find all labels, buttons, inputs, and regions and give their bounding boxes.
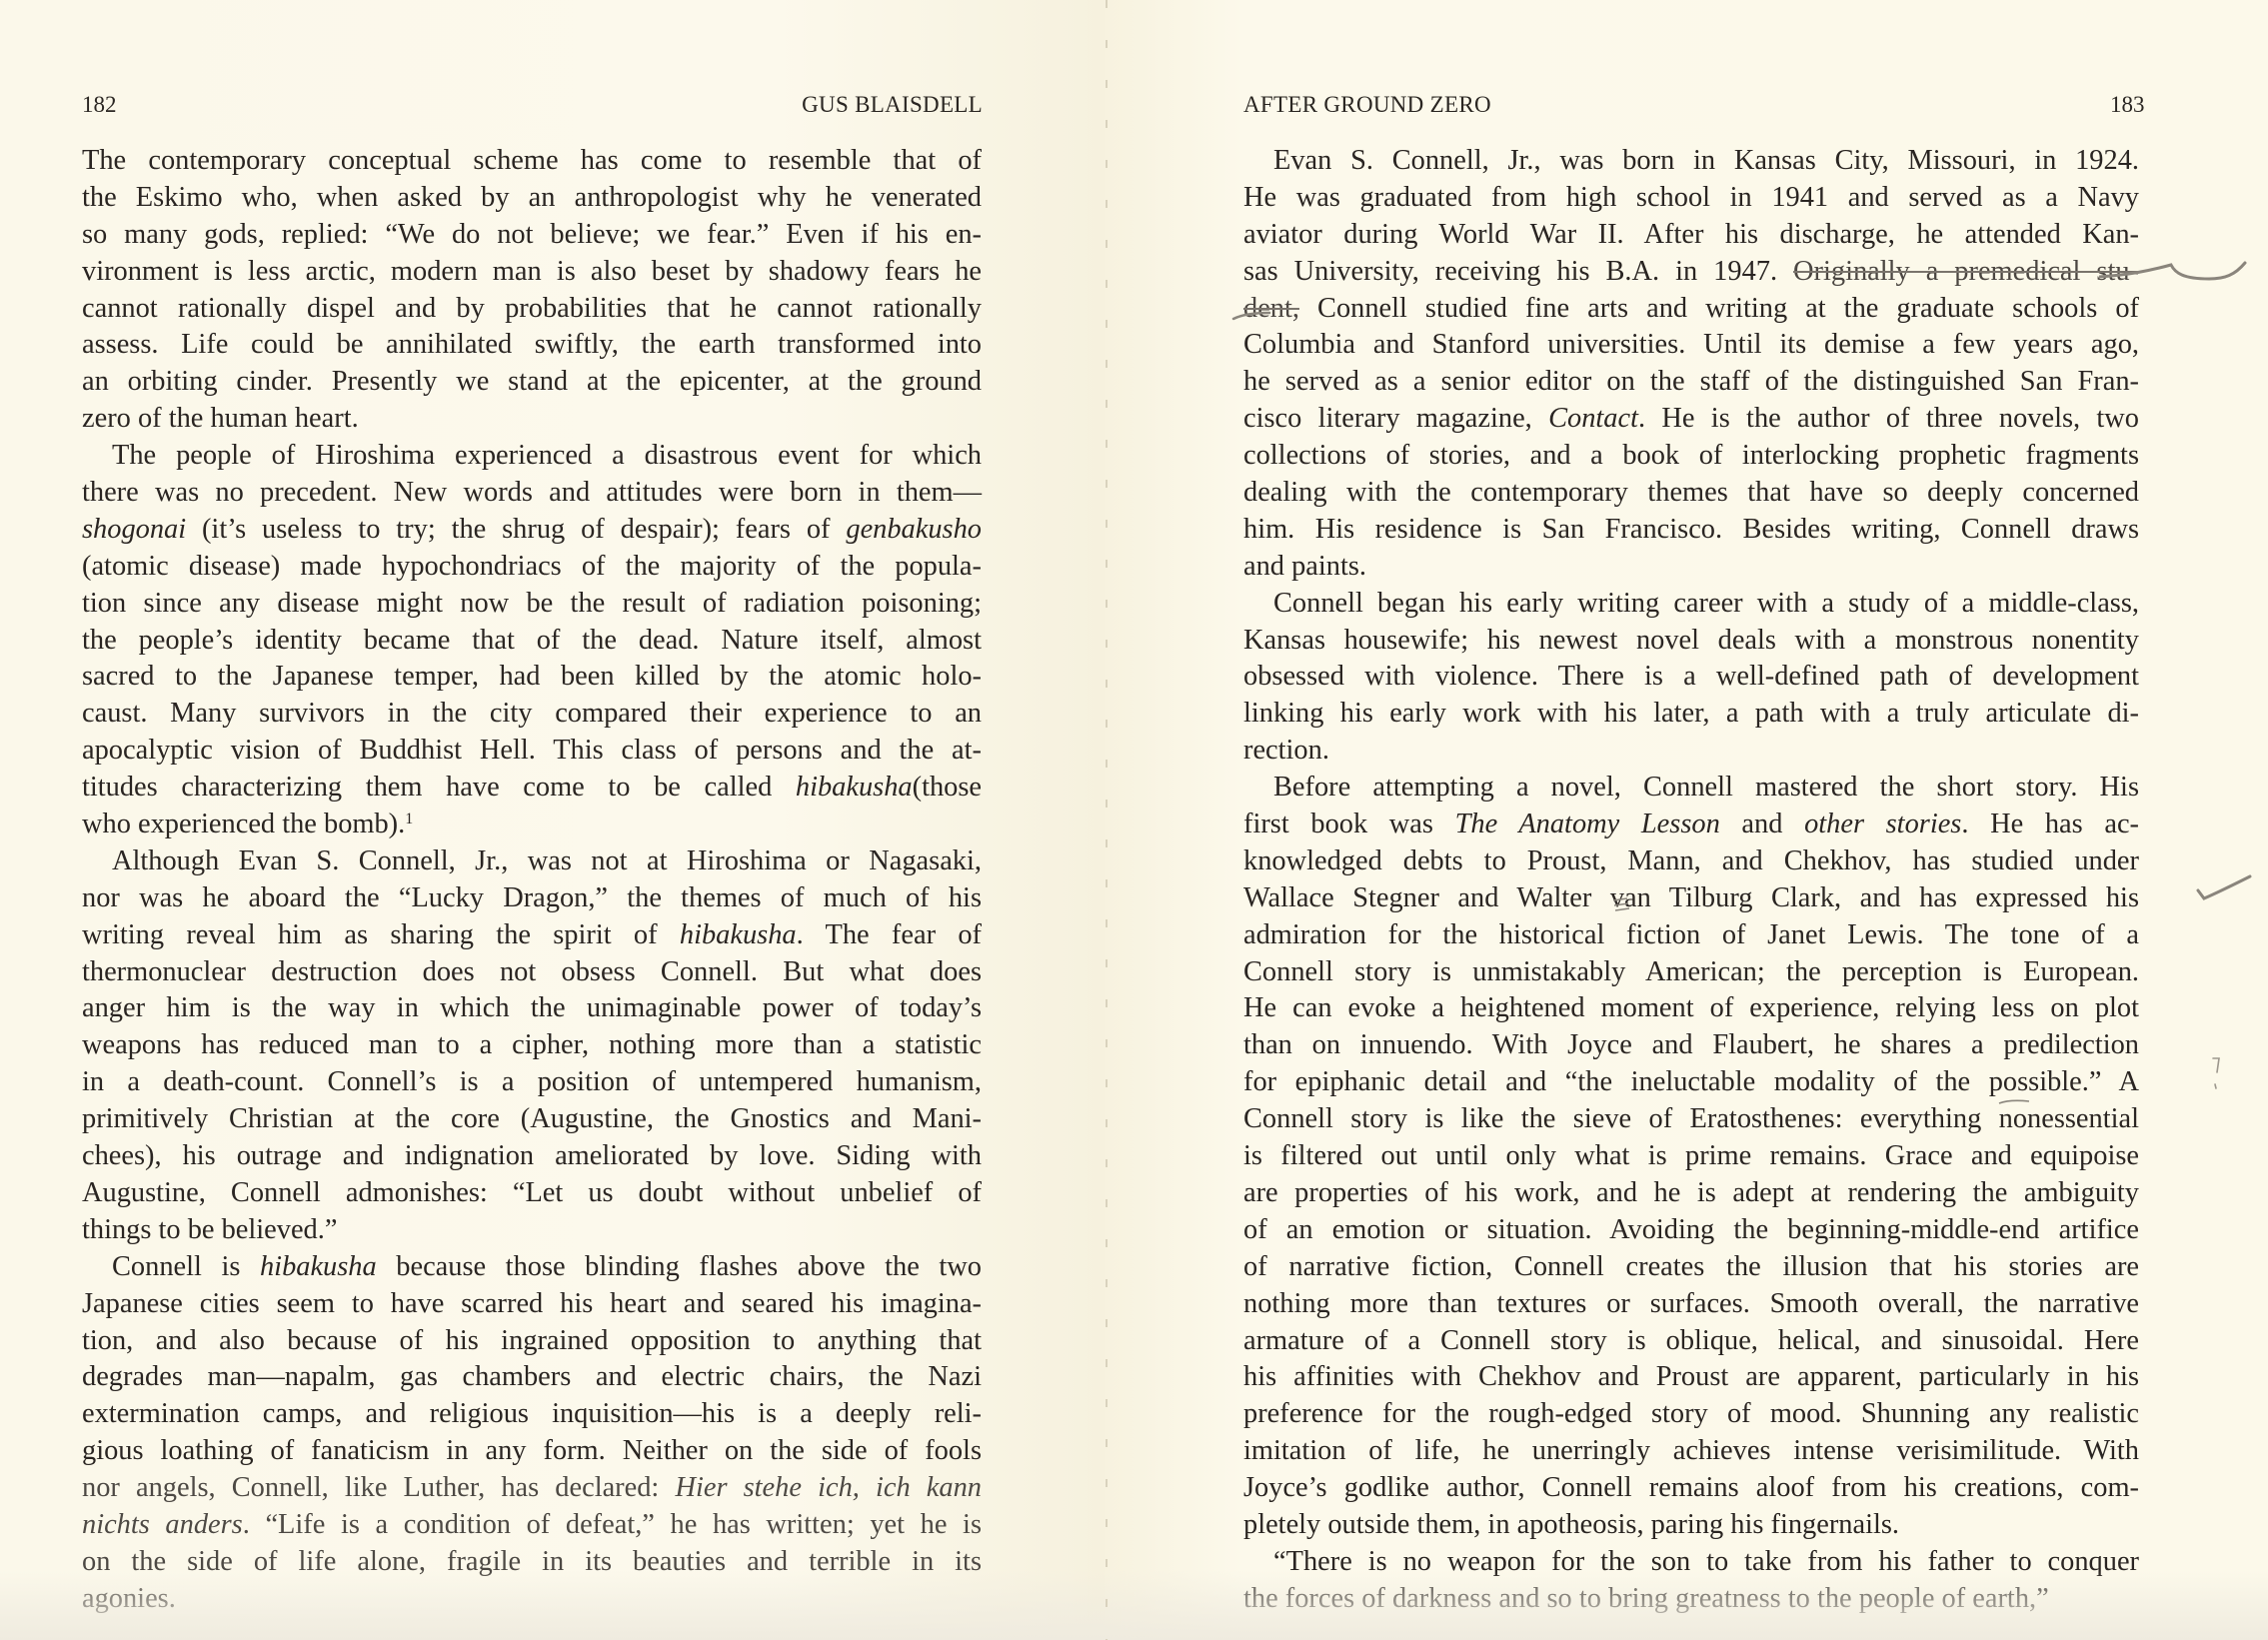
text-line: vironment is less arctic, modern man is … bbox=[82, 254, 982, 291]
text-line: so many gods, replied: “We do not believ… bbox=[82, 217, 982, 254]
text-line: chees), his outrage and indignation amel… bbox=[82, 1138, 982, 1175]
text-line: The contemporary conceptual scheme has c… bbox=[82, 143, 982, 180]
text-line: things to be believed.” bbox=[82, 1212, 982, 1249]
text-line: Evan S. Connell, Jr., was born in Kansas… bbox=[1243, 143, 2139, 180]
book-gutter bbox=[1106, 0, 1108, 1640]
text-line: an orbiting cinder. Presently we stand a… bbox=[82, 364, 982, 401]
text-line: the Eskimo who, when asked by an anthrop… bbox=[82, 180, 982, 217]
text-line: sas University, receiving his B.A. in 19… bbox=[1243, 254, 2139, 291]
running-head-title: AFTER GROUND ZERO bbox=[1243, 92, 1491, 118]
text-line: weapons has reduced man to a cipher, not… bbox=[82, 1027, 982, 1064]
text-line: Before attempting a novel, Connell maste… bbox=[1243, 770, 2139, 807]
text-line: linking his early work with his later, a… bbox=[1243, 696, 2139, 733]
right-body-text: Evan S. Connell, Jr., was born in Kansas… bbox=[1243, 143, 2139, 1618]
text-line: him. His residence is San Francisco. Bes… bbox=[1243, 512, 2139, 549]
page-shadow bbox=[1105, 1570, 2268, 1640]
pencil-deletion-curve-icon bbox=[2099, 255, 2249, 295]
text-line: of an emotion or situation. Avoiding the… bbox=[1243, 1212, 2139, 1249]
text-line: who experienced the bomb).1 bbox=[82, 807, 982, 843]
pencil-deletion-tail-icon bbox=[1231, 305, 1271, 325]
text-line: gious loathing of fanaticism in any form… bbox=[82, 1433, 982, 1470]
text-line: Connell story is unmistakably American; … bbox=[1243, 954, 2139, 991]
text-line: sacred to the Japanese temper, had been … bbox=[82, 659, 982, 696]
text-line: dent, Connell studied fine arts and writ… bbox=[1243, 291, 2139, 328]
text-line: is filtered out until only what is prime… bbox=[1243, 1138, 2139, 1175]
text-line: the people’s identity became that of the… bbox=[82, 623, 982, 660]
text-line: (atomic disease) made hypochondriacs of … bbox=[82, 549, 982, 586]
text-line: are properties of his work, and he is ad… bbox=[1243, 1175, 2139, 1212]
text-line: tion since any disease might now be the … bbox=[82, 586, 982, 623]
text-line: primitively Christian at the core (Augus… bbox=[82, 1101, 982, 1138]
text-line: nichts anders. “Life is a condition of d… bbox=[82, 1507, 982, 1544]
text-line: Although Evan S. Connell, Jr., was not a… bbox=[82, 843, 982, 880]
text-line: Wallace Stegner and Walter van Tilburg C… bbox=[1243, 880, 2139, 917]
text-line: first book was The Anatomy Lesson and ot… bbox=[1243, 807, 2139, 843]
text-line: in a death-count. Connell’s is a positio… bbox=[82, 1064, 982, 1101]
text-line: preference for the rough-edged story of … bbox=[1243, 1396, 2139, 1433]
book-spread: 182 GUS BLAISDELL The contemporary conce… bbox=[0, 0, 2268, 1640]
running-head-author: GUS BLAISDELL bbox=[802, 92, 983, 118]
text-line: than on innuendo. With Joyce and Flauber… bbox=[1243, 1027, 2139, 1064]
text-line: cisco literary magazine, Contact. He is … bbox=[1243, 401, 2139, 438]
text-line: shogonai (it’s useless to try; the shrug… bbox=[82, 512, 982, 549]
text-line: Kansas housewife; his newest novel deals… bbox=[1243, 623, 2139, 660]
text-line: collections of stories, and a book of in… bbox=[1243, 438, 2139, 475]
page-number-right: 183 bbox=[2110, 92, 2145, 118]
left-body-text: The contemporary conceptual scheme has c… bbox=[82, 143, 982, 1618]
text-line: imitation of life, he unerringly achieve… bbox=[1243, 1433, 2139, 1470]
text-line: extermination camps, and religious inqui… bbox=[82, 1396, 982, 1433]
text-line: pletely outside them, in apotheosis, par… bbox=[1243, 1507, 2139, 1544]
text-line: titudes characterizing them have come to… bbox=[82, 770, 982, 807]
page-shadow bbox=[0, 1570, 1105, 1640]
pencil-underline-mark-icon bbox=[1997, 1097, 2031, 1107]
text-line: degrades man—napalm, gas chambers and el… bbox=[82, 1359, 982, 1396]
text-line: zero of the human heart. bbox=[82, 401, 982, 438]
text-line: Joyce’s godlike author, Connell remains … bbox=[1243, 1470, 2139, 1507]
pencil-checkmark-icon bbox=[2194, 872, 2254, 902]
text-line: apocalyptic vision of Buddhist Hell. Thi… bbox=[82, 733, 982, 770]
right-page: AFTER GROUND ZERO 183 Evan S. Connell, J… bbox=[1105, 0, 2268, 1640]
text-line: there was no precedent. New words and at… bbox=[82, 475, 982, 512]
text-line: and paints. bbox=[1243, 549, 2139, 586]
pencil-insertion-mark-icon bbox=[1611, 897, 1631, 913]
text-line: obsessed with violence. There is a well-… bbox=[1243, 659, 2139, 696]
left-page: 182 GUS BLAISDELL The contemporary conce… bbox=[0, 0, 1105, 1640]
text-line: of narrative fiction, Connell creates th… bbox=[1243, 1249, 2139, 1286]
text-line: dealing with the contemporary themes tha… bbox=[1243, 475, 2139, 512]
text-line: he served as a senior editor on the staf… bbox=[1243, 364, 2139, 401]
text-line: caust. Many survivors in the city compar… bbox=[82, 696, 982, 733]
text-line: admiration for the historical fiction of… bbox=[1243, 917, 2139, 954]
footnote-marker[interactable]: 1 bbox=[405, 811, 413, 827]
text-line: aviator during World War II. After his d… bbox=[1243, 217, 2139, 254]
text-line: cannot rationally dispel and by probabil… bbox=[82, 291, 982, 328]
text-line: for epiphanic detail and “the ineluctabl… bbox=[1243, 1064, 2139, 1101]
text-line: Connell is hibakusha because those blind… bbox=[82, 1249, 982, 1286]
text-line: rection. bbox=[1243, 733, 2139, 770]
text-line: thermonuclear destruction does not obses… bbox=[82, 954, 982, 991]
text-line: nor was he aboard the “Lucky Dragon,” th… bbox=[82, 880, 982, 917]
text-line: his affinities with Chekhov and Proust a… bbox=[1243, 1359, 2139, 1396]
page-number-left: 182 bbox=[82, 92, 117, 118]
text-line: He was graduated from high school in 194… bbox=[1243, 180, 2139, 217]
text-line: nor angels, Connell, like Luther, has de… bbox=[82, 1470, 982, 1507]
text-line: nothing more than textures or surfaces. … bbox=[1243, 1286, 2139, 1323]
text-line: Augustine, Connell admonishes: “Let us d… bbox=[82, 1175, 982, 1212]
text-line: tion, and also because of his ingrained … bbox=[82, 1323, 982, 1360]
text-line: Columbia and Stanford universities. Unti… bbox=[1243, 327, 2139, 364]
text-line: Japanese cities seem to have scarred his… bbox=[82, 1286, 982, 1323]
text-line: armature of a Connell story is oblique, … bbox=[1243, 1323, 2139, 1360]
text-line: writing reveal him as sharing the spirit… bbox=[82, 917, 982, 954]
pencil-query-tick-icon bbox=[2209, 1054, 2229, 1094]
text-line: Connell began his early writing career w… bbox=[1243, 586, 2139, 623]
text-line: The people of Hiroshima experienced a di… bbox=[82, 438, 982, 475]
text-line: He can evoke a heightened moment of expe… bbox=[1243, 990, 2139, 1027]
text-line: assess. Life could be annihilated swiftl… bbox=[82, 327, 982, 364]
text-line: knowledged debts to Proust, Mann, and Ch… bbox=[1243, 843, 2139, 880]
text-line: anger him is the way in which the unimag… bbox=[82, 990, 982, 1027]
